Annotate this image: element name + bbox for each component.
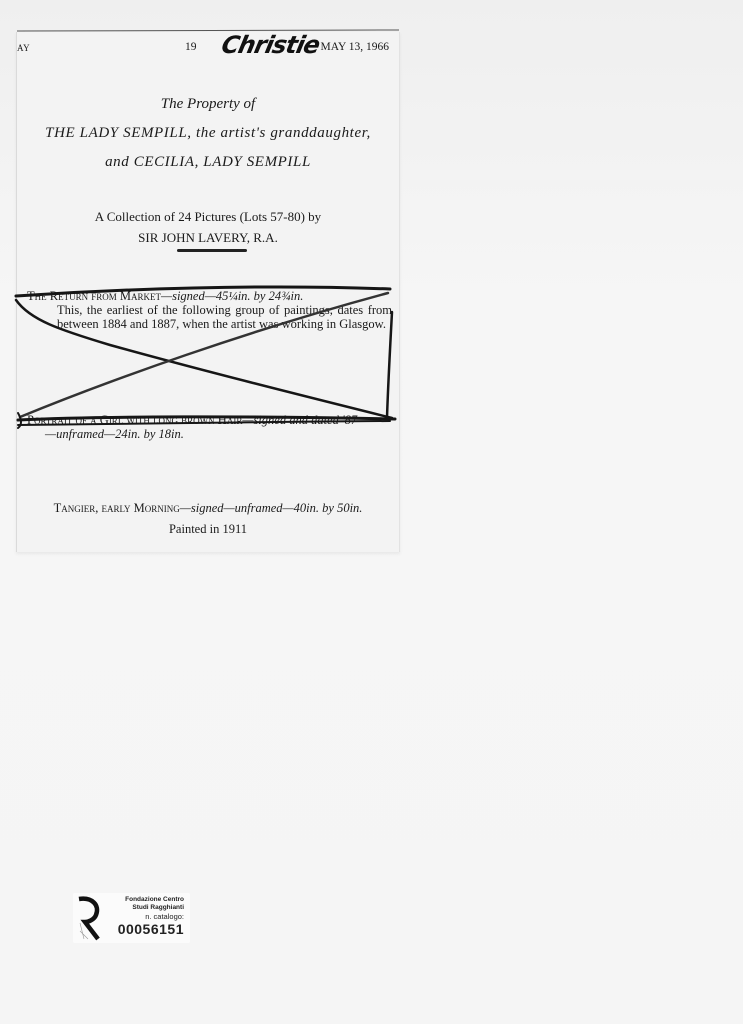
- catalog-number: 00056151: [118, 922, 184, 937]
- institution-line-1: Fondazione Centro: [118, 896, 184, 904]
- lot-details: —signed and dated '87: [242, 413, 357, 427]
- lot-note: Painted in 1911: [17, 522, 399, 536]
- running-head: AY 19 Christie MAY 13, 1966: [17, 37, 399, 61]
- lot-details: —signed—45¼in. by 24¾in.: [161, 289, 303, 303]
- property-line-3: and CECILIA, LADY SEMPILL: [17, 148, 399, 177]
- lot-note: This, the earliest of the following grou…: [27, 303, 392, 331]
- ragghianti-logo-icon: [76, 895, 102, 941]
- handwritten-underline: [177, 249, 247, 252]
- lot-entry: Portrait of a Girl with long brown Hair—…: [27, 413, 392, 441]
- property-heading: The Property of THE LADY SEMPILL, the ar…: [17, 90, 399, 177]
- institution-line-2: Studi Ragghianti: [118, 904, 184, 912]
- collection-heading: A Collection of 24 Pictures (Lots 57-80)…: [17, 206, 399, 248]
- page-number: 19: [185, 41, 197, 53]
- lot-details: —signed—unframed—40in. by 50in.: [180, 501, 363, 515]
- lot-entry: Tangier, early Morning—signed—unframed—4…: [17, 501, 399, 536]
- clipping-top-rule: [17, 29, 399, 31]
- lot-details-continued: —unframed—24in. by 18in.: [27, 427, 392, 441]
- lot-title: Portrait of a Girl with long brown Hair: [27, 413, 242, 427]
- lot-title: The Return from Market: [27, 289, 161, 303]
- archive-stamp: Fondazione Centro Studi Ragghianti n. ca…: [73, 893, 190, 943]
- collection-artist: SIR JOHN LAVERY, R.A.: [17, 227, 399, 248]
- catalogue-clipping: AY 19 Christie MAY 13, 1966 The Property…: [16, 32, 400, 552]
- property-line-1: The Property of: [17, 90, 399, 119]
- handwritten-annotation: Christie: [219, 31, 322, 59]
- sale-date: MAY 13, 1966: [321, 41, 389, 53]
- property-line-2: THE LADY SEMPILL, the artist's granddaug…: [17, 119, 399, 148]
- lot-title: Tangier, early Morning: [54, 501, 180, 515]
- collection-line-1: A Collection of 24 Pictures (Lots 57-80)…: [17, 206, 399, 227]
- running-head-left-fragment: AY: [17, 43, 30, 53]
- lot-entry: The Return from Market—signed—45¼in. by …: [27, 289, 392, 331]
